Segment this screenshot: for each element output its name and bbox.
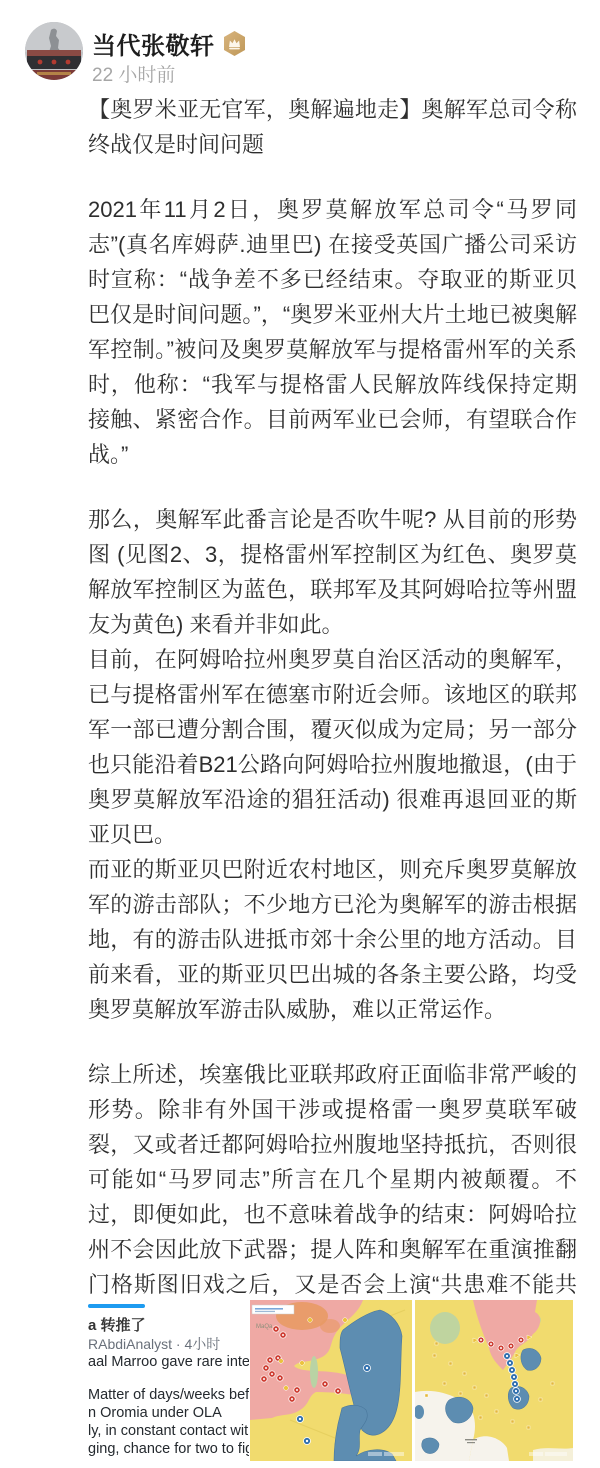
map-image-1[interactable]: MaQa — [250, 1300, 412, 1461]
post-paragraph: 2021年11月2日，奥罗莫解放军总司令“马罗同志”(真名库姆萨.迪里巴) 在接… — [88, 192, 577, 472]
map-watermark — [529, 1452, 567, 1456]
tweet-body: Matter of days/weeks before n Oromia und… — [88, 1386, 249, 1458]
tweet-line: n Oromia under OLA — [88, 1404, 249, 1422]
post-paragraph: 那么，奥解军此番言论是否吹牛呢? 从目前的形势图 (见图2、3，提格雷州军控制区… — [88, 502, 577, 642]
map-place-label: MaQa — [256, 1324, 273, 1330]
tweet-line: aal Marroo gave rare intervie — [88, 1354, 249, 1370]
post-card: 当代张敬轩 22 小时前 【奥罗米亚无官军，奥解遍地走】奥解军总司令称终战仅是时… — [0, 0, 600, 1468]
user-avatar[interactable] — [25, 22, 83, 80]
embedded-tweet-screenshot[interactable]: a 转推了 RAbdiAnalyst · 4小时 aal Marroo gave… — [88, 1296, 577, 1468]
tweet-line: ging, chance for two to fight — [88, 1440, 249, 1458]
tweet-line: ly, in constant contact with — [88, 1422, 249, 1440]
post-timestamp: 22 小时前 — [92, 60, 175, 87]
post-paragraph: 综上所述，埃塞俄比亚联邦政府正面临非常严峻的形势。除非有外国干涉或提格雷一奥罗莫… — [88, 1057, 577, 1337]
tweet-handle: RAbdiAnalyst · 4小时 — [88, 1334, 220, 1354]
username[interactable]: 当代张敬轩 — [92, 26, 215, 61]
post-paragraph: 而亚的斯亚贝巴附近农村地区，则充斥奥罗莫解放军的游击部队；不少地方已沦为奥解军的… — [88, 852, 577, 1027]
post-content: 【奥罗米亚无官军，奥解遍地走】奥解军总司令称终战仅是时间问题 2021年11月2… — [88, 92, 577, 1337]
retweet-label: a 转推了 — [88, 1314, 146, 1335]
post-paragraph: 目前，在阿姆哈拉州奥罗莫自治区活动的奥解军，已与提格雷州军在德塞市附近会师。该地… — [88, 642, 577, 852]
post-title: 【奥罗米亚无官军，奥解遍地走】奥解军总司令称终战仅是时间问题 — [88, 92, 577, 162]
username-row: 当代张敬轩 — [92, 26, 247, 61]
map-image-2[interactable] — [415, 1300, 573, 1461]
tweet-line: Matter of days/weeks before — [88, 1386, 249, 1404]
avatar-image — [25, 22, 83, 80]
map-watermark — [368, 1452, 404, 1456]
crown-badge-icon — [222, 30, 247, 57]
tweet-text-block: a 转推了 RAbdiAnalyst · 4小时 aal Marroo gave… — [88, 1296, 249, 1468]
